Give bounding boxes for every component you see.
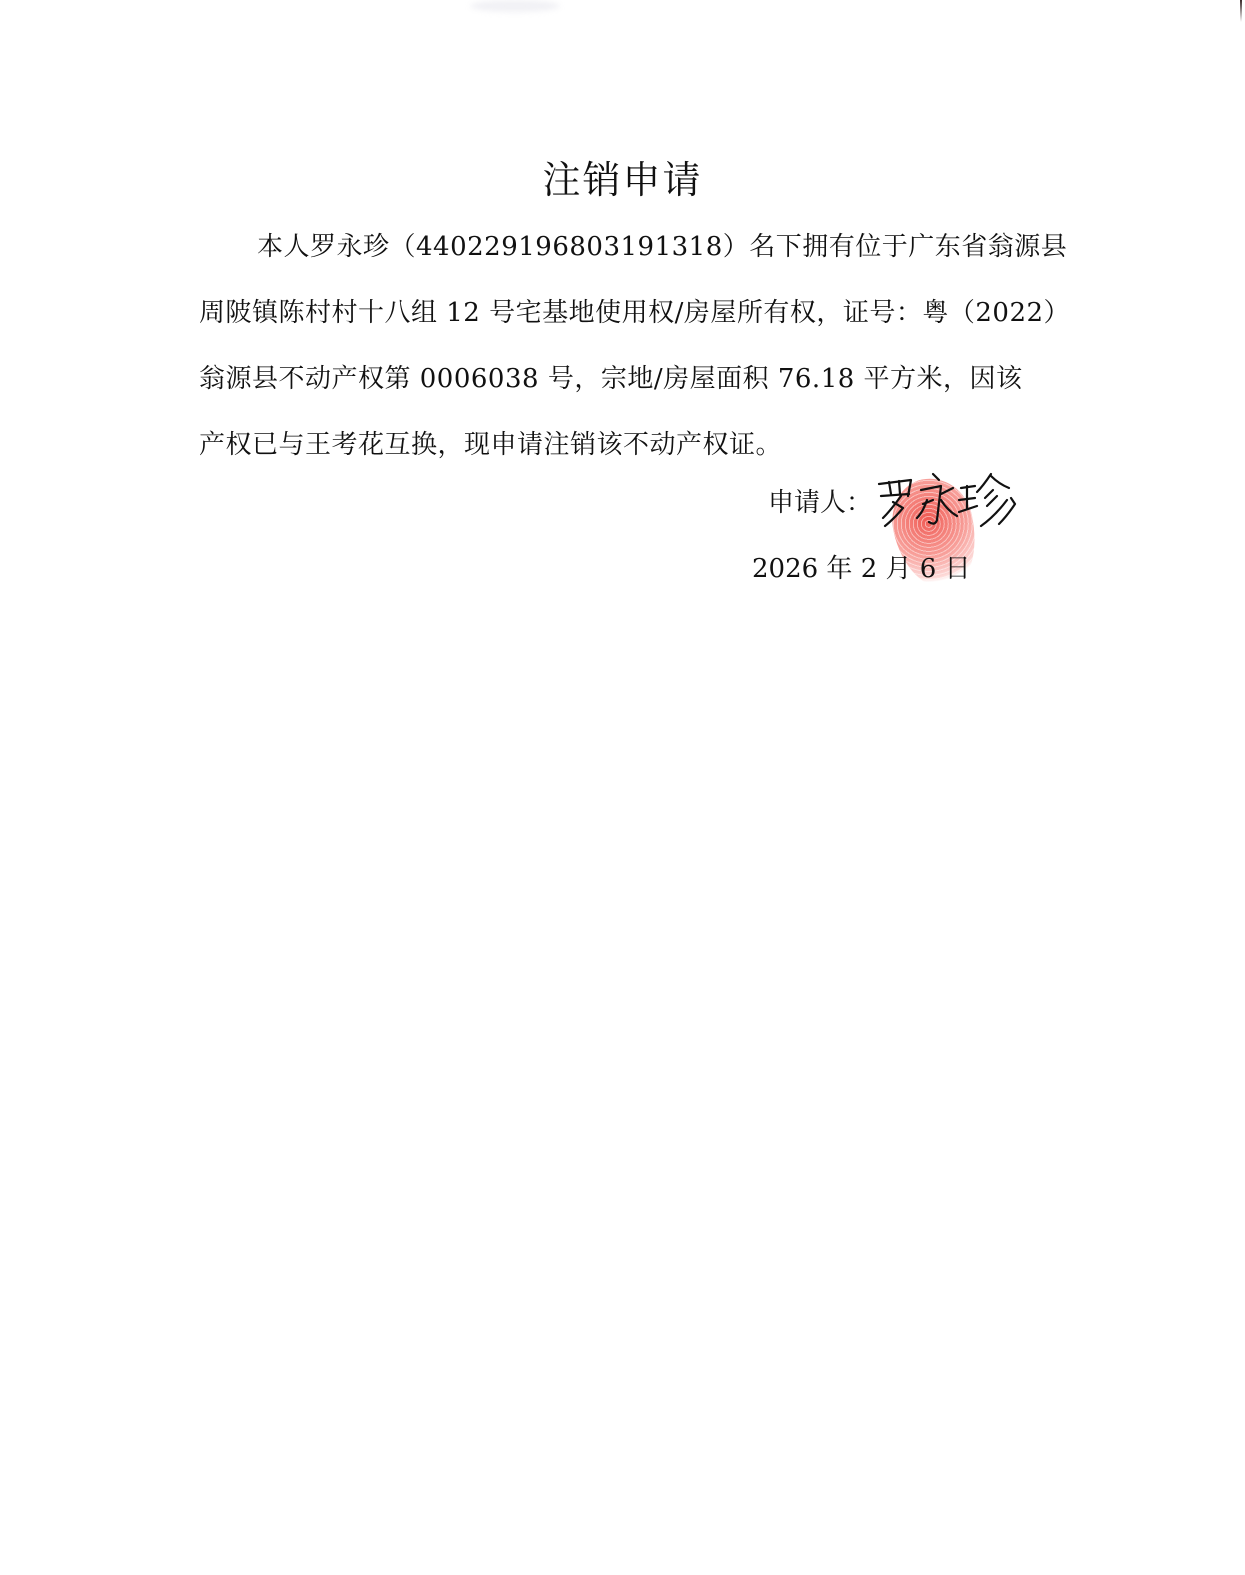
application-body: 本人罗永珍（440229196803191318）名下拥有位于广东省翁源县 周陂…	[199, 220, 1079, 484]
application-date: 2026 年 2 月 6 日	[752, 544, 971, 594]
scan-smudge-artifact	[470, 0, 560, 12]
applicant-label: 申请人：	[768, 478, 872, 528]
body-line-2: 周陂镇陈村村十八组 12 号宅基地使用权/房屋所有权，证号：粤（2022）	[199, 286, 1079, 352]
handwritten-signature-icon	[875, 470, 1025, 540]
body-line-1: 本人罗永珍（440229196803191318）名下拥有位于广东省翁源县	[199, 220, 1079, 286]
document-page: 注销申请 本人罗永珍（440229196803191318）名下拥有位于广东省翁…	[0, 0, 1245, 1575]
scan-edge-artifact	[1240, 0, 1242, 22]
body-line-3: 翁源县不动产权第 0006038 号，宗地/房屋面积 76.18 平方米，因该	[199, 352, 1079, 418]
document-title: 注销申请	[0, 150, 1245, 210]
